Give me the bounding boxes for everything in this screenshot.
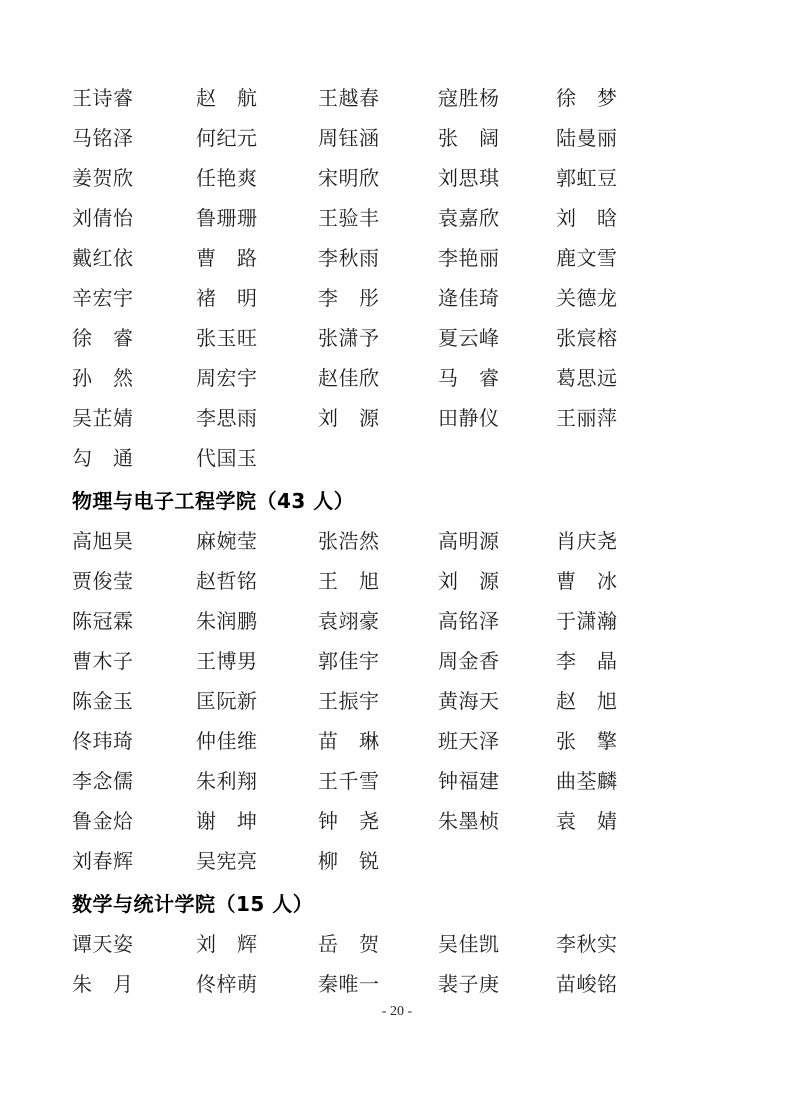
section-header: 数学与统计学院（15 人） — [72, 881, 738, 924]
person-name: 刘 晗 — [556, 208, 738, 228]
person-name: 刘 源 — [438, 571, 556, 591]
name-row: 吴芷婧李思雨刘 源田静仪王丽萍 — [72, 398, 738, 438]
person-name: 朱墨桢 — [438, 811, 556, 831]
page-number: - 20 - — [0, 1004, 794, 1020]
person-name: 谭天姿 — [72, 934, 196, 954]
person-name: 佟玮琦 — [72, 731, 196, 751]
person-name: 张 擎 — [556, 731, 738, 751]
person-name: 曹 冰 — [556, 571, 738, 591]
person-name: 徐 梦 — [556, 88, 738, 108]
person-name: 刘思琪 — [438, 168, 556, 188]
person-name: 李 彤 — [318, 288, 438, 308]
name-row: 陈金玉匡阮新王振宇黄海天赵 旭 — [72, 681, 738, 721]
person-name: 郭虹豆 — [556, 168, 738, 188]
person-name: 吴佳凯 — [438, 934, 556, 954]
person-name: 王验丰 — [318, 208, 438, 228]
person-name: 苗 琳 — [318, 731, 438, 751]
person-name: 逄佳琦 — [438, 288, 556, 308]
person-name: 陆曼丽 — [556, 128, 738, 148]
person-name: 周钰涵 — [318, 128, 438, 148]
person-name: 王诗睿 — [72, 88, 196, 108]
person-name: 戴红依 — [72, 248, 196, 268]
person-name: 孙 然 — [72, 368, 196, 388]
person-name: 赵哲铭 — [196, 571, 318, 591]
person-name: 任艳爽 — [196, 168, 318, 188]
person-name: 朱 月 — [72, 974, 196, 994]
person-name: 夏云峰 — [438, 328, 556, 348]
person-name: 王振宇 — [318, 691, 438, 711]
person-name: 李念儒 — [72, 771, 196, 791]
person-name: 葛思远 — [556, 368, 738, 388]
person-name: 寇胜杨 — [438, 88, 556, 108]
person-name: 张玉旺 — [196, 328, 318, 348]
person-name: 贾俊莹 — [72, 571, 196, 591]
section-header: 物理与电子工程学院（43 人） — [72, 478, 738, 521]
person-name: 曹木子 — [72, 651, 196, 671]
person-name: 张潇予 — [318, 328, 438, 348]
person-name: 张浩然 — [318, 531, 438, 551]
person-name: 勾 通 — [72, 448, 196, 468]
person-name: 谢 坤 — [196, 811, 318, 831]
person-name: 代国玉 — [196, 448, 318, 468]
name-row: 陈冠霖朱润鹏袁翊豪高铭泽于潇瀚 — [72, 601, 738, 641]
person-name: 周宏宇 — [196, 368, 318, 388]
name-row: 辛宏宇褚 明李 彤逄佳琦关德龙 — [72, 278, 738, 318]
person-name: 吴宪亮 — [196, 851, 318, 871]
person-name: 袁翊豪 — [318, 611, 438, 631]
person-name: 于潇瀚 — [556, 611, 738, 631]
name-row: 李念儒朱利翔王千雪钟福建曲荃麟 — [72, 761, 738, 801]
person-name: 曹 路 — [196, 248, 318, 268]
person-name: 刘 辉 — [196, 934, 318, 954]
person-name: 马铭泽 — [72, 128, 196, 148]
person-name: 鹿文雪 — [556, 248, 738, 268]
name-row: 姜贺欣任艳爽宋明欣刘思琪郭虹豆 — [72, 158, 738, 198]
person-name: 姜贺欣 — [72, 168, 196, 188]
person-name: 朱润鹏 — [196, 611, 318, 631]
person-name: 陈金玉 — [72, 691, 196, 711]
person-name: 佟梓萌 — [196, 974, 318, 994]
name-row: 朱 月佟梓萌秦唯一裴子庚苗峻铭 — [72, 964, 738, 1004]
name-row: 谭天姿刘 辉岳 贺吴佳凯李秋实 — [72, 924, 738, 964]
person-name: 周金香 — [438, 651, 556, 671]
name-row: 曹木子王博男郭佳宇周金香李 晶 — [72, 641, 738, 681]
person-name: 徐 睿 — [72, 328, 196, 348]
person-name: 高旭昊 — [72, 531, 196, 551]
person-name: 岳 贺 — [318, 934, 438, 954]
name-row: 佟玮琦仲佳维苗 琳班天泽张 擎 — [72, 721, 738, 761]
person-name: 李秋实 — [556, 934, 738, 954]
person-name: 曲荃麟 — [556, 771, 738, 791]
name-row: 刘倩怡鲁珊珊王验丰袁嘉欣刘 晗 — [72, 198, 738, 238]
name-row: 戴红依曹 路李秋雨李艳丽鹿文雪 — [72, 238, 738, 278]
person-name: 王丽萍 — [556, 408, 738, 428]
person-name: 赵佳欣 — [318, 368, 438, 388]
person-name: 钟福建 — [438, 771, 556, 791]
name-row: 王诗睿赵 航王越春寇胜杨徐 梦 — [72, 78, 738, 118]
person-name: 苗峻铭 — [556, 974, 738, 994]
person-name: 宋明欣 — [318, 168, 438, 188]
name-row: 贾俊莹赵哲铭王 旭刘 源曹 冰 — [72, 561, 738, 601]
person-name: 肖庆尧 — [556, 531, 738, 551]
person-name: 关德龙 — [556, 288, 738, 308]
person-name: 裴子庚 — [438, 974, 556, 994]
name-row: 马铭泽何纪元周钰涵张 阔陆曼丽 — [72, 118, 738, 158]
person-name: 何纪元 — [196, 128, 318, 148]
person-name: 班天泽 — [438, 731, 556, 751]
name-row: 徐 睿张玉旺张潇予夏云峰张宸榕 — [72, 318, 738, 358]
name-row: 勾 通代国玉 — [72, 438, 738, 478]
person-name: 赵 旭 — [556, 691, 738, 711]
person-name: 袁 婧 — [556, 811, 738, 831]
person-name: 鲁珊珊 — [196, 208, 318, 228]
roster-sections: 王诗睿赵 航王越春寇胜杨徐 梦马铭泽何纪元周钰涵张 阔陆曼丽姜贺欣任艳爽宋明欣刘… — [72, 78, 738, 1004]
person-name: 王越春 — [318, 88, 438, 108]
person-name: 刘 源 — [318, 408, 438, 428]
person-name: 王 旭 — [318, 571, 438, 591]
person-name: 马 睿 — [438, 368, 556, 388]
person-name: 袁嘉欣 — [438, 208, 556, 228]
person-name: 张宸榕 — [556, 328, 738, 348]
person-name: 褚 明 — [196, 288, 318, 308]
person-name: 李 晶 — [556, 651, 738, 671]
person-name: 麻婉莹 — [196, 531, 318, 551]
person-name: 赵 航 — [196, 88, 318, 108]
person-name: 柳 锐 — [318, 851, 438, 871]
person-name: 刘倩怡 — [72, 208, 196, 228]
person-name: 李秋雨 — [318, 248, 438, 268]
person-name: 郭佳宇 — [318, 651, 438, 671]
person-name: 辛宏宇 — [72, 288, 196, 308]
person-name: 李艳丽 — [438, 248, 556, 268]
person-name: 匡阮新 — [196, 691, 318, 711]
person-name: 仲佳维 — [196, 731, 318, 751]
person-name: 李思雨 — [196, 408, 318, 428]
person-name: 田静仪 — [438, 408, 556, 428]
person-name: 鲁金烚 — [72, 811, 196, 831]
person-name: 黄海天 — [438, 691, 556, 711]
person-name: 王千雪 — [318, 771, 438, 791]
person-name: 高明源 — [438, 531, 556, 551]
person-name: 朱利翔 — [196, 771, 318, 791]
person-name: 高铭泽 — [438, 611, 556, 631]
name-row: 高旭昊麻婉莹张浩然高明源肖庆尧 — [72, 521, 738, 561]
person-name: 张 阔 — [438, 128, 556, 148]
person-name: 钟 尧 — [318, 811, 438, 831]
person-name: 刘春辉 — [72, 851, 196, 871]
name-row: 鲁金烚谢 坤钟 尧朱墨桢袁 婧 — [72, 801, 738, 841]
person-name: 吴芷婧 — [72, 408, 196, 428]
person-name: 王博男 — [196, 651, 318, 671]
document-page: 王诗睿赵 航王越春寇胜杨徐 梦马铭泽何纪元周钰涵张 阔陆曼丽姜贺欣任艳爽宋明欣刘… — [0, 0, 794, 1093]
person-name: 陈冠霖 — [72, 611, 196, 631]
person-name: 秦唯一 — [318, 974, 438, 994]
name-row: 刘春辉吴宪亮柳 锐 — [72, 841, 738, 881]
name-row: 孙 然周宏宇赵佳欣马 睿葛思远 — [72, 358, 738, 398]
